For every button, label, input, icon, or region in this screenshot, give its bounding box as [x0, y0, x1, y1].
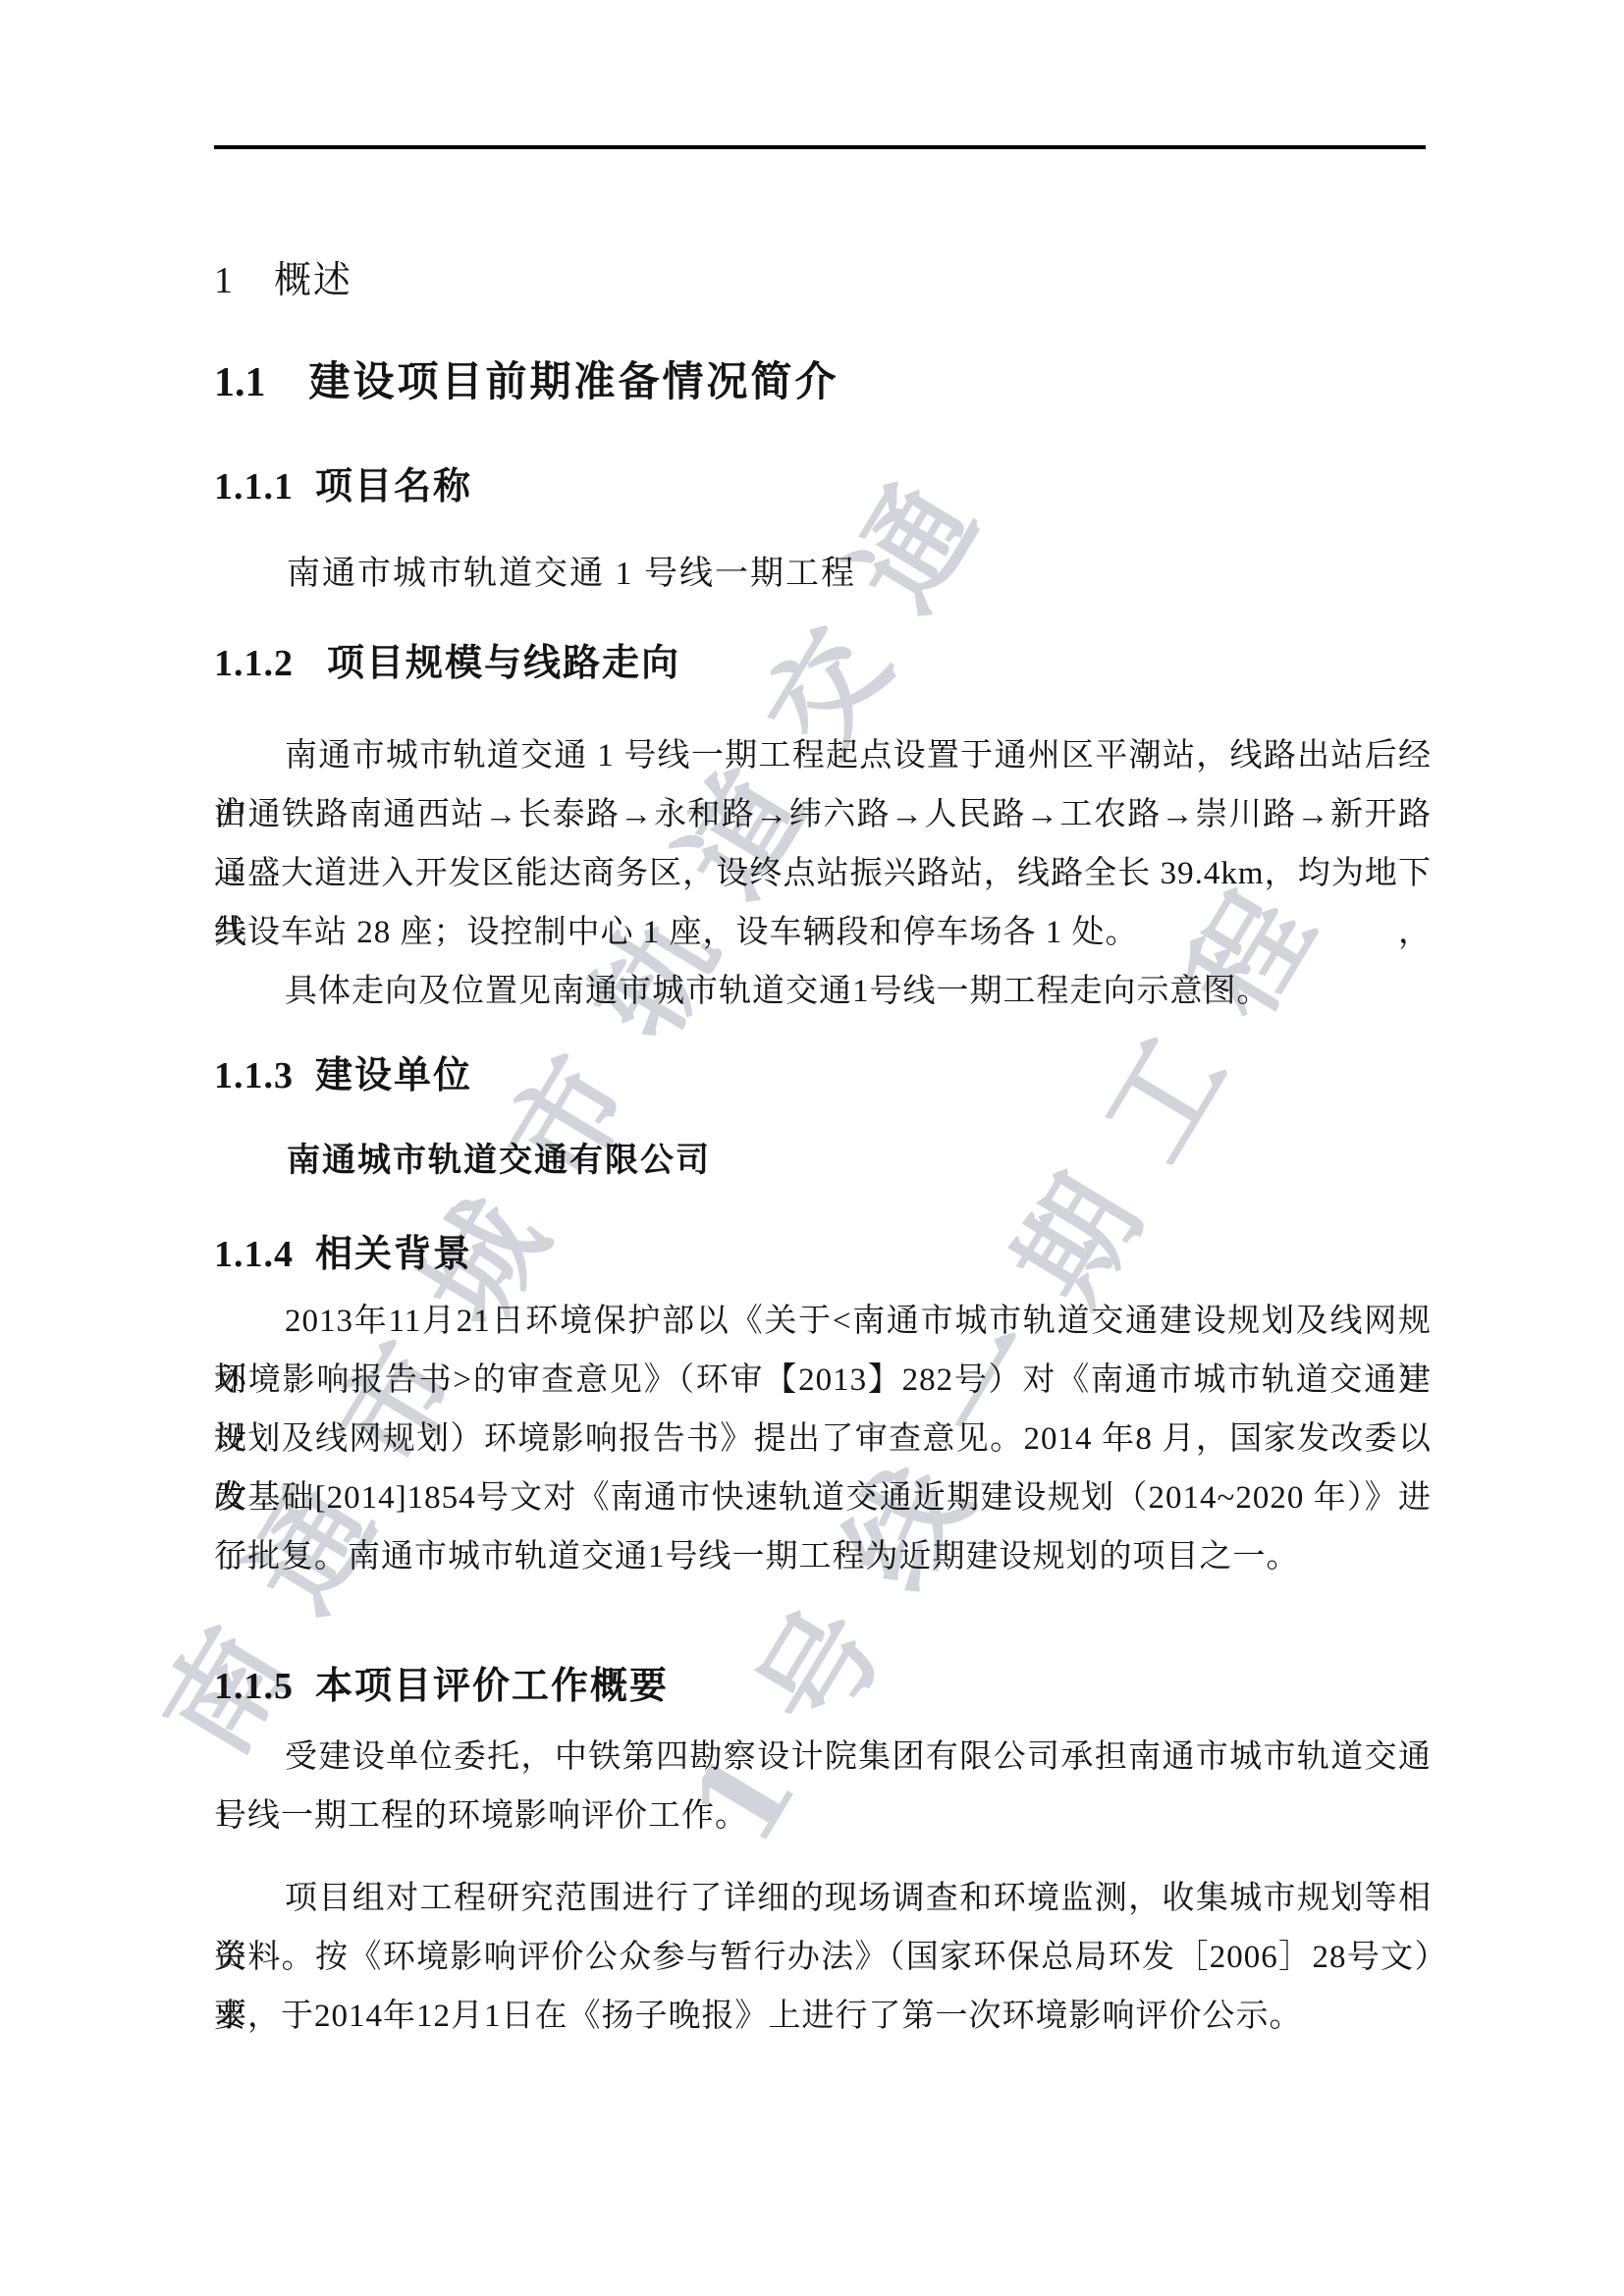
background-paragraph-line: 规划及线网规划）环境影响报告书》提出了审查意见。2014 年8 月，国家发改委以… — [214, 1410, 1432, 1468]
section-1-1-2-heading: 1.1.2项目规模与线路走向 — [214, 632, 680, 686]
survey-paragraph-line: 资料。按《环境影响评价公众参与暂行办法》（国家环保总局环发［2006］28号文）… — [214, 1928, 1432, 1987]
construction-company: 南通城市轨道交通有限公司 — [287, 1133, 711, 1181]
background-paragraph-line: 2013年11月21日环境保护部以《关于<南通市城市轨道交通建设规划及线网规划） — [214, 1292, 1432, 1351]
route-paragraph: 南通市城市轨道交通 1 号线一期工程起点设置于通州区平潮站，线路出站后经由 沪通… — [214, 726, 1432, 1021]
route-paragraph-line: 沪通铁路南通西站→长泰路→永和路→纬六路→人民路→工农路→崇川路→新开路→ — [214, 785, 1432, 844]
section-1-1-4-heading: 1.1.4相关背景 — [214, 1223, 472, 1277]
header-rule — [214, 145, 1426, 149]
route-paragraph-line: 具体走向及位置见南通市城市轨道交通1号线一期工程走向示意图。 — [214, 962, 1432, 1021]
background-paragraph-line: 改基础[2014]1854号文对《南通市快速轨道交通近期建设规划（2014~20… — [214, 1468, 1432, 1527]
section-1-1-3-heading: 1.1.3建设单位 — [214, 1044, 472, 1098]
survey-paragraph-line: 求，于2014年12月1日在《扬子晚报》上进行了第一次环境影响评价公示。 — [214, 1987, 1432, 2046]
section-1-1-5-title: 本项目评价工作概要 — [315, 1666, 669, 1707]
background-paragraph: 2013年11月21日环境保护部以《关于<南通市城市轨道交通建设规划及线网规划）… — [214, 1292, 1432, 1586]
section-1-1-2-number: 1.1.2 — [214, 642, 294, 685]
route-paragraph-line: 南通市城市轨道交通 1 号线一期工程起点设置于通州区平潮站，线路出站后经由 — [214, 726, 1432, 785]
evaluation-paragraph-line: 受建设单位委托，中铁第四勘察设计院集团有限公司承担南通市城市轨道交通1 — [214, 1728, 1432, 1787]
section-1-1-3-title: 建设单位 — [315, 1055, 472, 1096]
survey-paragraph-line: 项目组对工程研究范围进行了详细的现场调查和环境监测，收集城市规划等相关 — [214, 1869, 1432, 1928]
document-page: 南通市城市轨道交通 1号线一期工程 1概述 1.1建设项目前期准备情况简介 1.… — [0, 0, 1624, 2296]
background-paragraph-line: 环境影响报告书>的审查意见》（环审【2013】282号）对《南通市城市轨道交通建… — [214, 1351, 1432, 1410]
chapter-heading: 1概述 — [214, 249, 352, 303]
background-paragraph-line: 了批复。南通市城市轨道交通1号线一期工程为近期建设规划的项目之一。 — [214, 1527, 1432, 1586]
survey-publicity-paragraph: 项目组对工程研究范围进行了详细的现场调查和环境监测，收集城市规划等相关 资料。按… — [214, 1869, 1432, 2046]
section-1-1-heading: 1.1建设项目前期准备情况简介 — [214, 349, 839, 408]
section-1-1-5-number: 1.1.5 — [214, 1665, 294, 1708]
section-1-1-3-number: 1.1.3 — [214, 1054, 294, 1097]
section-1-1-1-number: 1.1.1 — [214, 465, 294, 508]
section-1-1-number: 1.1 — [214, 359, 266, 406]
section-1-1-1-heading: 1.1.1项目名称 — [214, 455, 472, 509]
section-1-1-5-heading: 1.1.5本项目评价工作概要 — [214, 1655, 669, 1709]
project-name: 南通市城市轨道交通 1 号线一期工程 — [287, 546, 856, 594]
route-paragraph-line: 通盛大道进入开发区能达商务区，设终点站振兴路站，线路全长 39.4km，均为地下… — [214, 844, 1432, 903]
section-1-1-4-title: 相关背景 — [315, 1234, 472, 1275]
section-1-1-1-title: 项目名称 — [315, 466, 472, 507]
section-1-1-2-title: 项目规模与线路走向 — [327, 643, 680, 684]
chapter-number: 1 — [214, 259, 235, 302]
chapter-title: 概述 — [274, 260, 352, 301]
evaluation-commission-paragraph: 受建设单位委托，中铁第四勘察设计院集团有限公司承担南通市城市轨道交通1 号线一期… — [214, 1728, 1432, 1845]
section-1-1-title: 建设项目前期准备情况简介 — [309, 360, 839, 405]
evaluation-paragraph-line: 号线一期工程的环境影响评价工作。 — [214, 1787, 1432, 1845]
section-1-1-4-number: 1.1.4 — [214, 1233, 294, 1276]
